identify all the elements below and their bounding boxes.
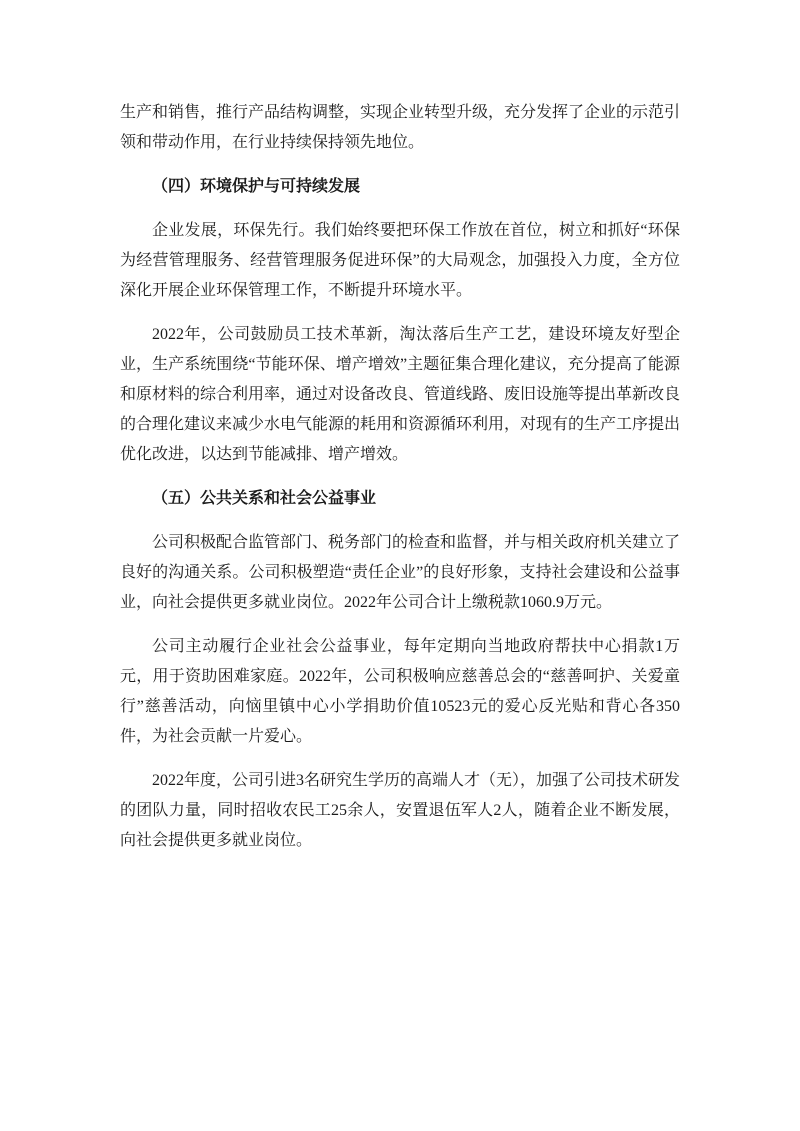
paragraph-continuation: 生产和销售，推行产品结构调整，实现企业转型升级，充分发挥了企业的示范引领和带动作… xyxy=(120,98,680,158)
document-content: 生产和销售，推行产品结构调整，实现企业转型升级，充分发挥了企业的示范引领和带动作… xyxy=(120,98,680,870)
document-page: 生产和销售，推行产品结构调整，实现企业转型升级，充分发挥了企业的示范引领和带动作… xyxy=(0,0,800,1131)
paragraph-employment: 2022年度，公司引进3名研究生学历的高端人才（无），加强了公司技术研发的团队力… xyxy=(120,766,680,856)
paragraph-environment-2022: 2022年，公司鼓励员工技术革新，淘汰落后生产工艺，建设环境友好型企业，生产系统… xyxy=(120,320,680,470)
paragraph-tax-relations: 公司积极配合监管部门、税务部门的检查和监督，并与相关政府机关建立了良好的沟通关系… xyxy=(120,528,680,618)
section-heading-public-welfare: （五）公共关系和社会公益事业 xyxy=(120,484,680,514)
section-heading-environment: （四）环境保护与可持续发展 xyxy=(120,172,680,202)
paragraph-charity: 公司主动履行企业社会公益事业，每年定期向当地政府帮扶中心捐款1万元，用于资助困难… xyxy=(120,632,680,752)
paragraph-environment-policy: 企业发展，环保先行。我们始终要把环保工作放在首位，树立和抓好“环保为经营管理服务… xyxy=(120,216,680,306)
